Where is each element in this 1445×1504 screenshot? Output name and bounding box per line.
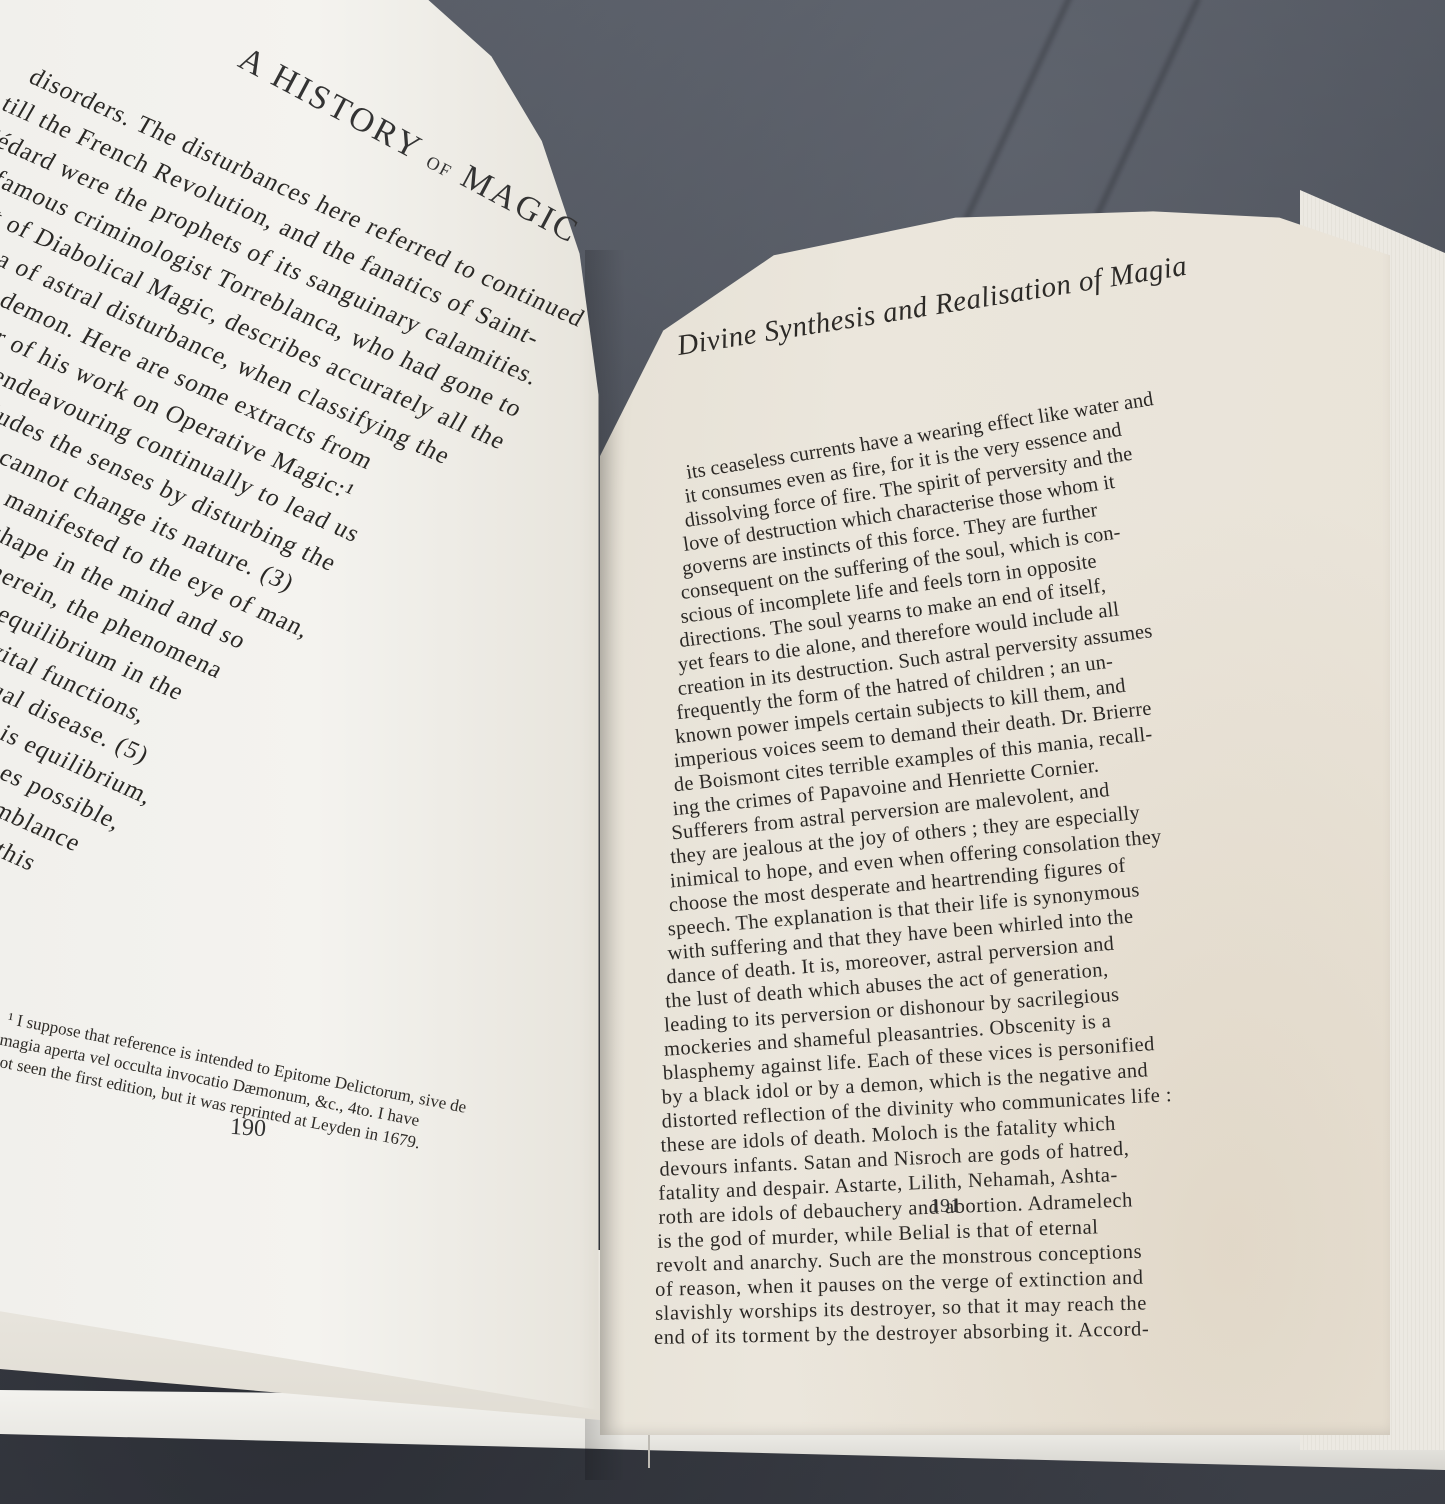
- running-head-of: OF: [423, 152, 456, 182]
- page-number-right: 191: [930, 1195, 960, 1218]
- right-page-body: its ceaseless currents have a wearing ef…: [660, 380, 1171, 1342]
- page-number-left: 190: [229, 1114, 267, 1143]
